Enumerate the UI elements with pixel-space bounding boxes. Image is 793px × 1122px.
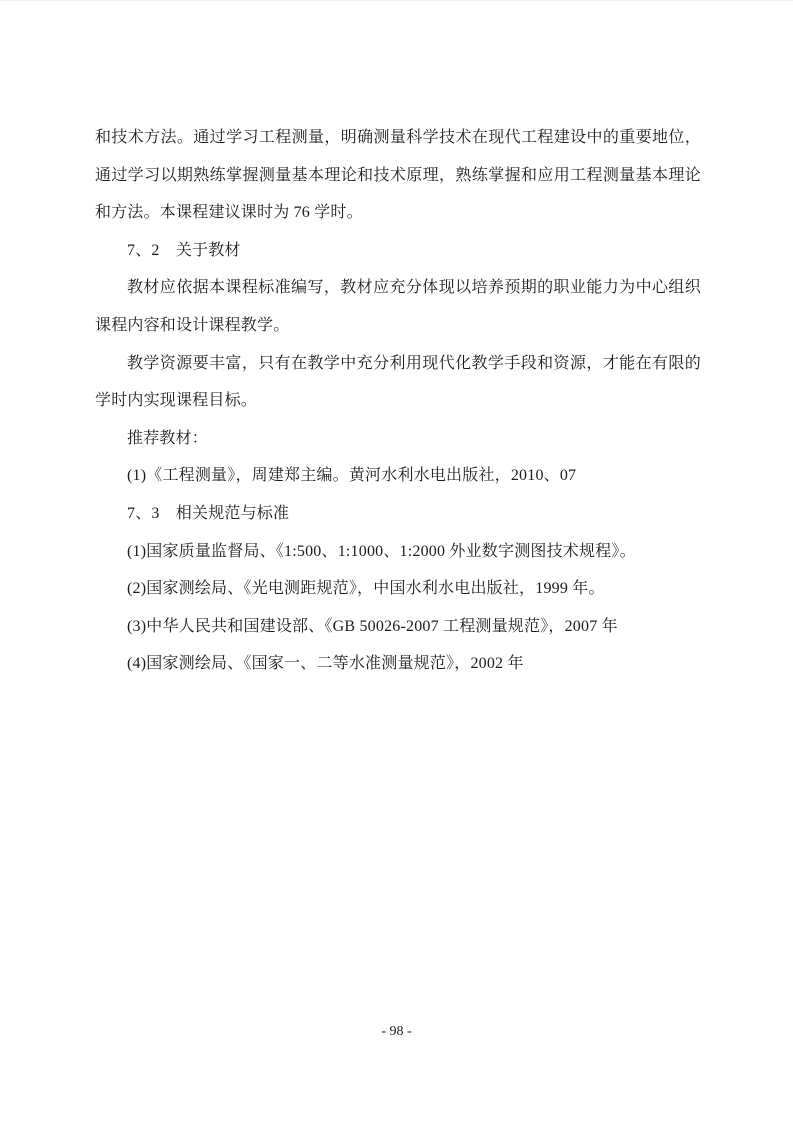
section-heading-7-2-about-textbook: 7、2 关于教材 <box>95 232 701 270</box>
list-item-standard-3: (3)中华人民共和国建设部、《GB 50026-2007 工程测量规范》，200… <box>95 608 701 646</box>
paragraph-recommended-textbook-label: 推荐教材： <box>95 420 701 458</box>
paragraph-teaching-resources: 教学资源要丰富，只有在教学中充分利用现代化教学手段和资源，才能在有限的学时内实现… <box>95 345 701 420</box>
list-item-standard-4: (4)国家测绘局、《国家一、二等水准测量规范》，2002 年 <box>95 645 701 683</box>
paragraph-course-overview-continued: 和技术方法。通过学习工程测量，明确测量科学技术在现代工程建设中的重要地位，通过学… <box>95 119 701 232</box>
page-footer: - 98 - <box>0 1022 793 1042</box>
section-heading-7-3-related-standards: 7、3 相关规范与标准 <box>95 495 701 533</box>
paragraph-textbook-requirements: 教材应依据本课程标准编写，教材应充分体现以培养预期的职业能力为中心组织课程内容和… <box>95 269 701 344</box>
list-item-standard-1: (1)国家质量监督局、《1:500、1:1000、1:2000 外业数字测图技术… <box>95 533 701 571</box>
document-page: 和技术方法。通过学习工程测量，明确测量科学技术在现代工程建设中的重要地位，通过学… <box>0 0 793 1122</box>
list-item-recommended-textbook-1: (1)《工程测量》，周建郑主编。黄河水利水电出版社，2010、07 <box>95 457 701 495</box>
document-body: 和技术方法。通过学习工程测量，明确测量科学技术在现代工程建设中的重要地位，通过学… <box>95 119 701 683</box>
list-item-standard-2: (2)国家测绘局、《光电测距规范》，中国水利水电出版社，1999 年。 <box>95 570 701 608</box>
page-number: - 98 - <box>381 1024 411 1039</box>
